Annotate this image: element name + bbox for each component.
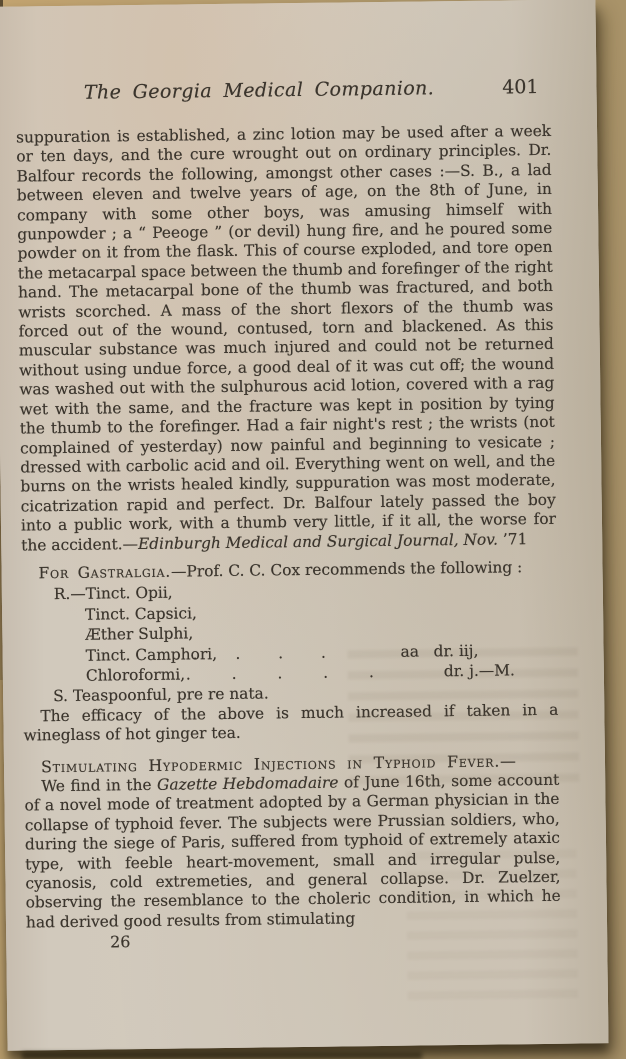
signature-number-text: 26 [110,932,130,951]
gastralgia-note: The efficacy of the above is much increa… [23,700,558,746]
rx-quantity: dr. iij, [433,640,478,661]
typhoid-paragraph: We find in the Gazette Hebdomadaire of J… [24,771,561,933]
prescription-block: R.—Tinct. Opii, Tinct. Capsici, Æther Su… [22,578,558,707]
rx-ana-symbol: aa [400,641,419,662]
article-burns-text: suppuration is established, a zinc lotio… [16,122,556,554]
article-burns-paragraph: suppuration is established, a zinc lotio… [16,122,556,556]
paper-page: The Georgia Medical Companion. 401 suppu… [0,0,609,1051]
dot-leader: . . . . [192,642,325,664]
journal-citation: Edinburgh Medical and Surgical Journal, … [138,530,498,553]
gazette-citation: Gazette Hebdomadaire [157,774,339,794]
journal-title: The Georgia Medical Companion. [0,74,527,107]
gastralgia-heading-rest: —Prof. C. C. Cox recommends the followin… [171,558,522,580]
rx-ingredient: Chloroformi, [86,665,185,684]
page-content: The Georgia Medical Companion. 401 suppu… [15,74,561,953]
page-number: 401 [502,74,539,100]
book-page-scan: The Georgia Medical Companion. 401 suppu… [0,0,626,1059]
typhoid-text: of June 16th, some account of a novel mo… [24,771,560,932]
gastralgia-heading: For Gastralgia. [38,563,171,583]
dot-leader: . . . . . [186,662,374,685]
rx-ingredient: Tinct. Capsici, [85,604,197,623]
citation-date: ’71 [498,530,528,548]
rx-ingredient: R.—Tinct. Opii, [54,584,173,603]
gastralgia-note-text: The efficacy of the above is much increa… [24,700,559,744]
typhoid-text: We find in the [41,776,157,795]
rx-ingredient: Æther Sulphi, [85,624,193,643]
rx-signa-text: S. Teaspoonful, pre re nata. [53,685,269,706]
rx-quantity: dr. j.—M. [444,660,515,681]
running-header: The Georgia Medical Companion. 401 [15,74,550,107]
page-bottom-shadow [22,1052,422,1059]
